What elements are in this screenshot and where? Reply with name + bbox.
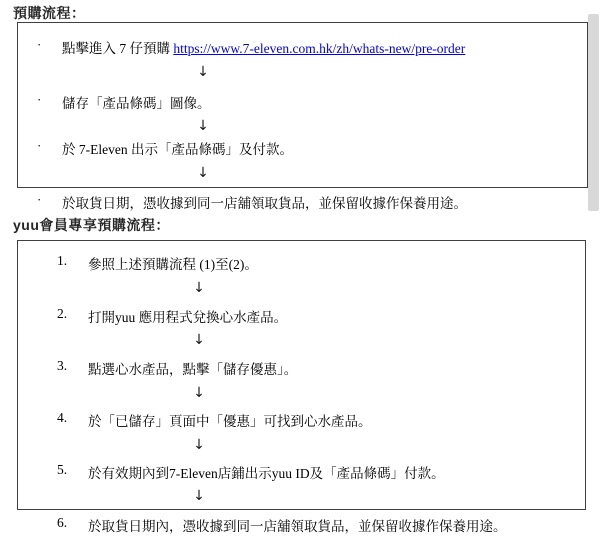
step-text: 於「已儲存」頁面中「優惠」可找到心水產品。 — [88, 410, 372, 430]
bullet-icon: · — [37, 92, 41, 108]
step-number: 2. — [57, 306, 67, 322]
down-arrow-icon: ↓ — [192, 385, 206, 401]
step-text: 打開yuu 應用程式兌換心水產品。 — [88, 306, 287, 326]
step-text: 點選心水產品，點擊「儲存優惠」。 — [88, 358, 297, 378]
bullet-icon: · — [37, 138, 41, 154]
bullet-icon: · — [37, 192, 41, 208]
bullet-icon: · — [37, 37, 41, 53]
step-text-prefix: 點擊進入 7 仔預購 — [62, 41, 173, 56]
down-arrow-icon: ↓ — [196, 64, 210, 80]
section2-heading: yuu會員專享預購流程： — [13, 215, 170, 235]
down-arrow-icon: ↓ — [192, 437, 206, 453]
step-text: 儲存「產品條碼」圖像。 — [62, 92, 211, 112]
step-text: 參照上述預購流程 (1)至(2)。 — [88, 253, 258, 273]
step-text: 於取貨日期內，憑收據到同一店舖領取貨品，並保留收據作保養用途。 — [88, 515, 507, 535]
down-arrow-icon: ↓ — [196, 118, 210, 134]
down-arrow-icon: ↓ — [192, 332, 206, 348]
step-number: 3. — [57, 358, 67, 374]
down-arrow-icon: ↓ — [196, 165, 210, 181]
document-page: 預購流程： · 點擊進入 7 仔預購 https://www.7-eleven.… — [0, 0, 600, 548]
step-number: 5. — [57, 462, 67, 478]
step-text: 於 7-Eleven 出示「產品條碼」及付款。 — [62, 138, 293, 158]
step-text: 於取貨日期，憑收據到同一店舖領取貨品，並保留收據作保養用途。 — [62, 192, 467, 212]
preorder-url-link[interactable]: https://www.7-eleven.com.hk/zh/whats-new… — [173, 41, 465, 56]
step-number: 6. — [57, 515, 67, 531]
down-arrow-icon: ↓ — [192, 488, 206, 504]
vertical-scrollbar-thumb[interactable] — [588, 14, 599, 211]
step-text: 於有效期內到7-Eleven店鋪出示yuu ID及「產品條碼」付款。 — [88, 462, 445, 482]
down-arrow-icon: ↓ — [192, 280, 206, 296]
section1-heading: 預購流程： — [13, 3, 86, 23]
yuu-flow-box: 1. 參照上述預購流程 (1)至(2)。 ↓ 2. 打開yuu 應用程式兌換心水… — [17, 240, 586, 510]
step-text: 點擊進入 7 仔預購 https://www.7-eleven.com.hk/z… — [62, 37, 465, 57]
preorder-flow-box: · 點擊進入 7 仔預購 https://www.7-eleven.com.hk… — [17, 22, 588, 188]
step-number: 4. — [57, 410, 67, 426]
step-number: 1. — [57, 253, 67, 269]
